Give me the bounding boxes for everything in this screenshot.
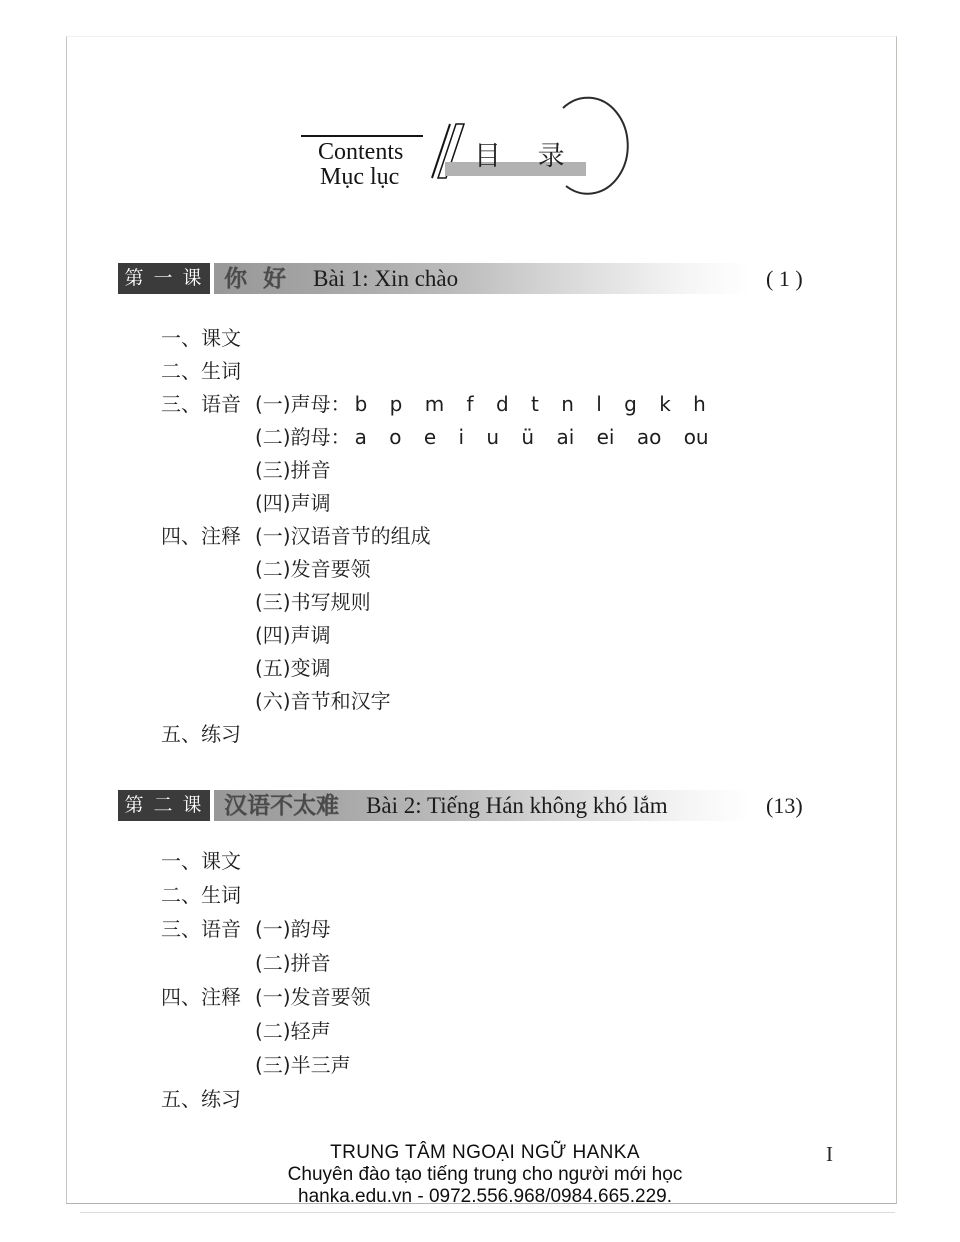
toc-row: 三、语音(一)韵母: [161, 917, 371, 951]
toc-item-main: 五、练习: [161, 722, 255, 747]
toc-item-main: 二、生词: [161, 883, 255, 908]
footer-watermark: TRUNG TÂM NGOẠI NGỮ HANKA Chuyên đào tạo…: [260, 1142, 710, 1208]
toc-row: 五、练习: [161, 1087, 371, 1121]
lesson-1-title-zh: 你 好: [224, 266, 286, 292]
toc-row: (二)发音要领: [161, 557, 709, 590]
footer-slogan: Chuyên đào tạo tiếng trung cho người mới…: [260, 1164, 710, 1186]
lesson-2-title-zh: 汉语不太难: [224, 793, 339, 819]
toc-item-pinyin: b p m f d t n l g k h: [355, 392, 706, 417]
toc-row: (二)轻声: [161, 1019, 371, 1053]
header-rule-line: [301, 135, 423, 137]
scanned-toc-page: Contents Mục lục 目 录 第 一 课 你 好 Bài 1: Xi…: [0, 0, 960, 1242]
toc-row: 五、练习: [161, 722, 709, 755]
lesson-1-title-vi: Bài 1: Xin chào: [313, 266, 458, 291]
toc-item-main: 五、练习: [161, 1087, 255, 1112]
footer-center-name: TRUNG TÂM NGOẠI NGỮ HANKA: [260, 1142, 710, 1164]
toc-row: (二)韵母：a o e i u ü ai ei ao ou: [161, 425, 709, 458]
toc-item-sub: (一)声母：: [255, 392, 351, 417]
toc-row: (四)声调: [161, 491, 709, 524]
toc-item-sub: (一)韵母: [255, 917, 331, 942]
footer-contact: hanka.edu.vn - 0972.556.968/0984.665.229…: [260, 1186, 710, 1208]
toc-row: (四)声调: [161, 623, 709, 656]
toc-item-main: 二、生词: [161, 359, 255, 384]
page-bottom-shadow-line: [80, 1212, 895, 1213]
toc-item-sub: (六)音节和汉字: [255, 689, 391, 714]
toc-item-sub: (一)汉语音节的组成: [255, 524, 431, 549]
toc-row: (三)书写规则: [161, 590, 709, 623]
toc-row: 一、课文: [161, 326, 709, 359]
toc-row: (六)音节和汉字: [161, 689, 709, 722]
toc-item-main: 三、语音: [161, 917, 255, 942]
lesson-2-header: 第 二 课 汉语不太难 Bài 2: Tiếng Hán không khó l…: [118, 790, 838, 821]
toc-item-main: 一、课文: [161, 326, 255, 351]
toc-row: 二、生词: [161, 359, 709, 392]
toc-row: 三、语音(一)声母：b p m f d t n l g k h: [161, 392, 709, 425]
lesson-1-number-badge: 第 一 课: [118, 263, 210, 294]
toc-item-sub: (三)拼音: [255, 458, 331, 483]
circle-ornament-icon: [520, 95, 635, 200]
toc-row: 一、课文: [161, 849, 371, 883]
toc-item-sub: (二)拼音: [255, 951, 331, 976]
toc-item-main: 四、注释: [161, 524, 255, 549]
toc-item-pinyin: a o e i u ü ai ei ao ou: [355, 425, 709, 450]
lesson-2-toc-rows: 一、课文二、生词三、语音(一)韵母(二)拼音四、注释(一)发音要领(二)轻声(三…: [161, 849, 371, 1121]
contents-title-vi: Mục lục: [320, 164, 399, 191]
toc-row: 四、注释(一)发音要领: [161, 985, 371, 1019]
toc-item-sub: (一)发音要领: [255, 985, 371, 1010]
toc-item-sub: (五)变调: [255, 656, 331, 681]
lesson-1-page-number: ( 1 ): [766, 266, 803, 292]
toc-item-sub: (二)轻声: [255, 1019, 331, 1044]
toc-item-sub: (二)韵母：: [255, 425, 351, 450]
contents-title-en: Contents: [318, 139, 403, 166]
toc-item-main: 一、课文: [161, 849, 255, 874]
toc-row: (三)半三声: [161, 1053, 371, 1087]
lesson-1-header: 第 一 课 你 好 Bài 1: Xin chào ( 1 ): [118, 263, 838, 294]
page-number-roman: I: [826, 1142, 833, 1167]
toc-item-sub: (三)书写规则: [255, 590, 371, 615]
lesson-1-title-bar: 你 好 Bài 1: Xin chào: [214, 263, 750, 294]
toc-row: (三)拼音: [161, 458, 709, 491]
lesson-1-toc-rows: 一、课文二、生词三、语音(一)声母：b p m f d t n l g k h(…: [161, 326, 709, 755]
lesson-2-title-vi: Bài 2: Tiếng Hán không khó lắm: [366, 793, 668, 818]
toc-item-main: 三、语音: [161, 392, 255, 417]
toc-item-sub: (四)声调: [255, 623, 331, 648]
toc-item-sub: (三)半三声: [255, 1053, 351, 1078]
toc-row: 二、生词: [161, 883, 371, 917]
lesson-2-title-bar: 汉语不太难 Bài 2: Tiếng Hán không khó lắm: [214, 790, 750, 821]
toc-row: (五)变调: [161, 656, 709, 689]
toc-item-sub: (四)声调: [255, 491, 331, 516]
toc-row: (二)拼音: [161, 951, 371, 985]
toc-row: 四、注释(一)汉语音节的组成: [161, 524, 709, 557]
toc-item-sub: (二)发音要领: [255, 557, 371, 582]
toc-item-main: 四、注释: [161, 985, 255, 1010]
lesson-2-page-number: (13): [766, 793, 803, 819]
lesson-2-number-badge: 第 二 课: [118, 790, 210, 821]
